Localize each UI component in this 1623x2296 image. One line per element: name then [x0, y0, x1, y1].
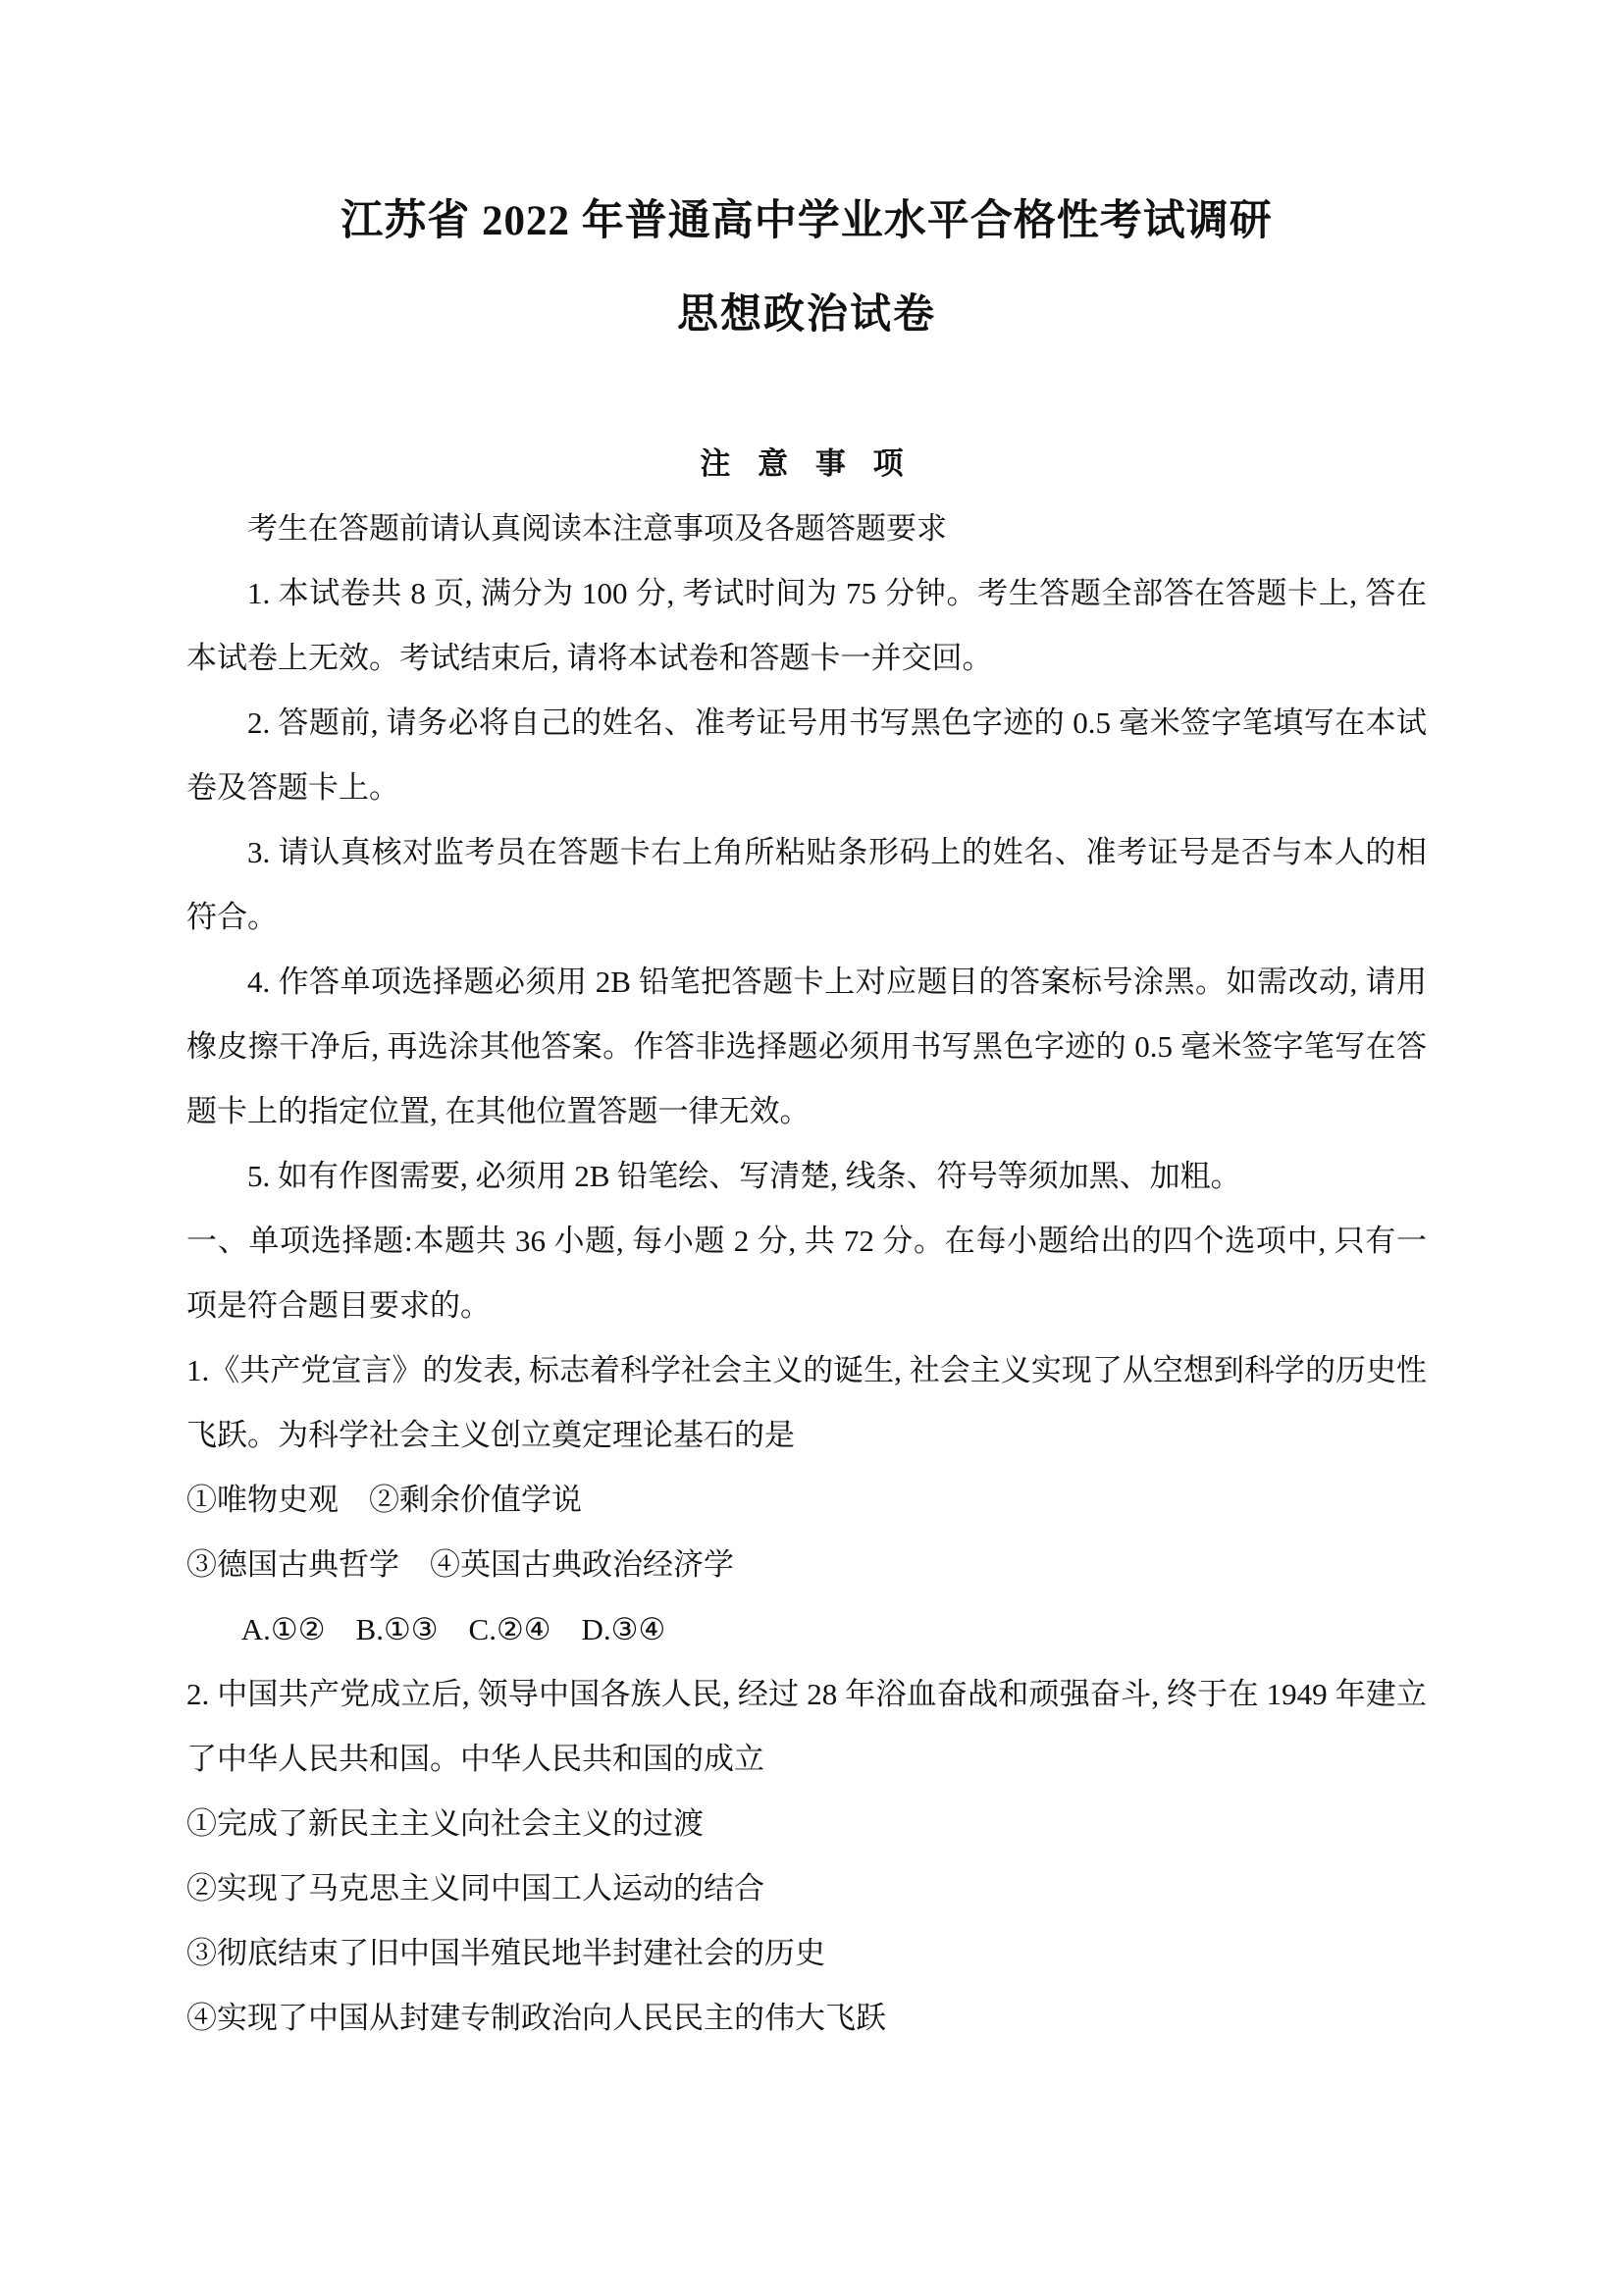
- question-2-option-row-2: ②实现了马克思主义同中国工人运动的结合: [186, 1856, 1427, 1921]
- question-2-stem: 2. 中国共产党成立后, 领导中国各族人民, 经过 28 年浴血奋战和顽强奋斗,…: [186, 1662, 1427, 1792]
- question-1-stem: 1.《共产党宣言》的发表, 标志着科学社会主义的诞生, 社会主义实现了从空想到科…: [186, 1338, 1427, 1468]
- notice-section-header: 注 意 事 项: [186, 432, 1427, 496]
- question-1-option-row-2: ③德国古典哲学 ④英国古典政治经济学: [186, 1533, 1427, 1597]
- question-2-option-row-3: ③彻底结束了旧中国半殖民地半封建社会的历史: [186, 1921, 1427, 1986]
- notice-item-2: 2. 答题前, 请务必将自己的姓名、准考证号用书写黑色字迹的 0.5 毫米签字笔…: [186, 691, 1427, 820]
- notice-intro: 考生在答题前请认真阅读本注意事项及各题答题要求: [186, 496, 1427, 561]
- notice-item-1: 1. 本试卷共 8 页, 满分为 100 分, 考试时间为 75 分钟。考生答题…: [186, 561, 1427, 691]
- paper-title: 江苏省 2022 年普通高中学业水平合格性考试调研: [186, 194, 1427, 249]
- question-1-option-row-1: ①唯物史观 ②剩余价值学说: [186, 1468, 1427, 1533]
- section-one-header: 一、单项选择题:本题共 36 小题, 每小题 2 分, 共 72 分。在每小题给…: [186, 1209, 1427, 1338]
- notice-item-5: 5. 如有作图需要, 必须用 2B 铅笔绘、写清楚, 线条、符号等须加黑、加粗。: [186, 1144, 1427, 1209]
- question-2-option-row-1: ①完成了新民主主义向社会主义的过渡: [186, 1792, 1427, 1856]
- question-1-answer-choices: A.①② B.①③ C.②④ D.③④: [186, 1597, 1427, 1662]
- question-2-option-row-4: ④实现了中国从封建专制政治向人民民主的伟大飞跃: [186, 1986, 1427, 2051]
- notice-item-3: 3. 请认真核对监考员在答题卡右上角所粘贴条形码上的姓名、准考证号是否与本人的相…: [186, 820, 1427, 950]
- exam-paper-page: 江苏省 2022 年普通高中学业水平合格性考试调研 思想政治试卷 注 意 事 项…: [0, 0, 1623, 2296]
- paper-subtitle: 思想政治试卷: [186, 288, 1427, 342]
- notice-item-4: 4. 作答单项选择题必须用 2B 铅笔把答题卡上对应题目的答案标号涂黑。如需改动…: [186, 950, 1427, 1144]
